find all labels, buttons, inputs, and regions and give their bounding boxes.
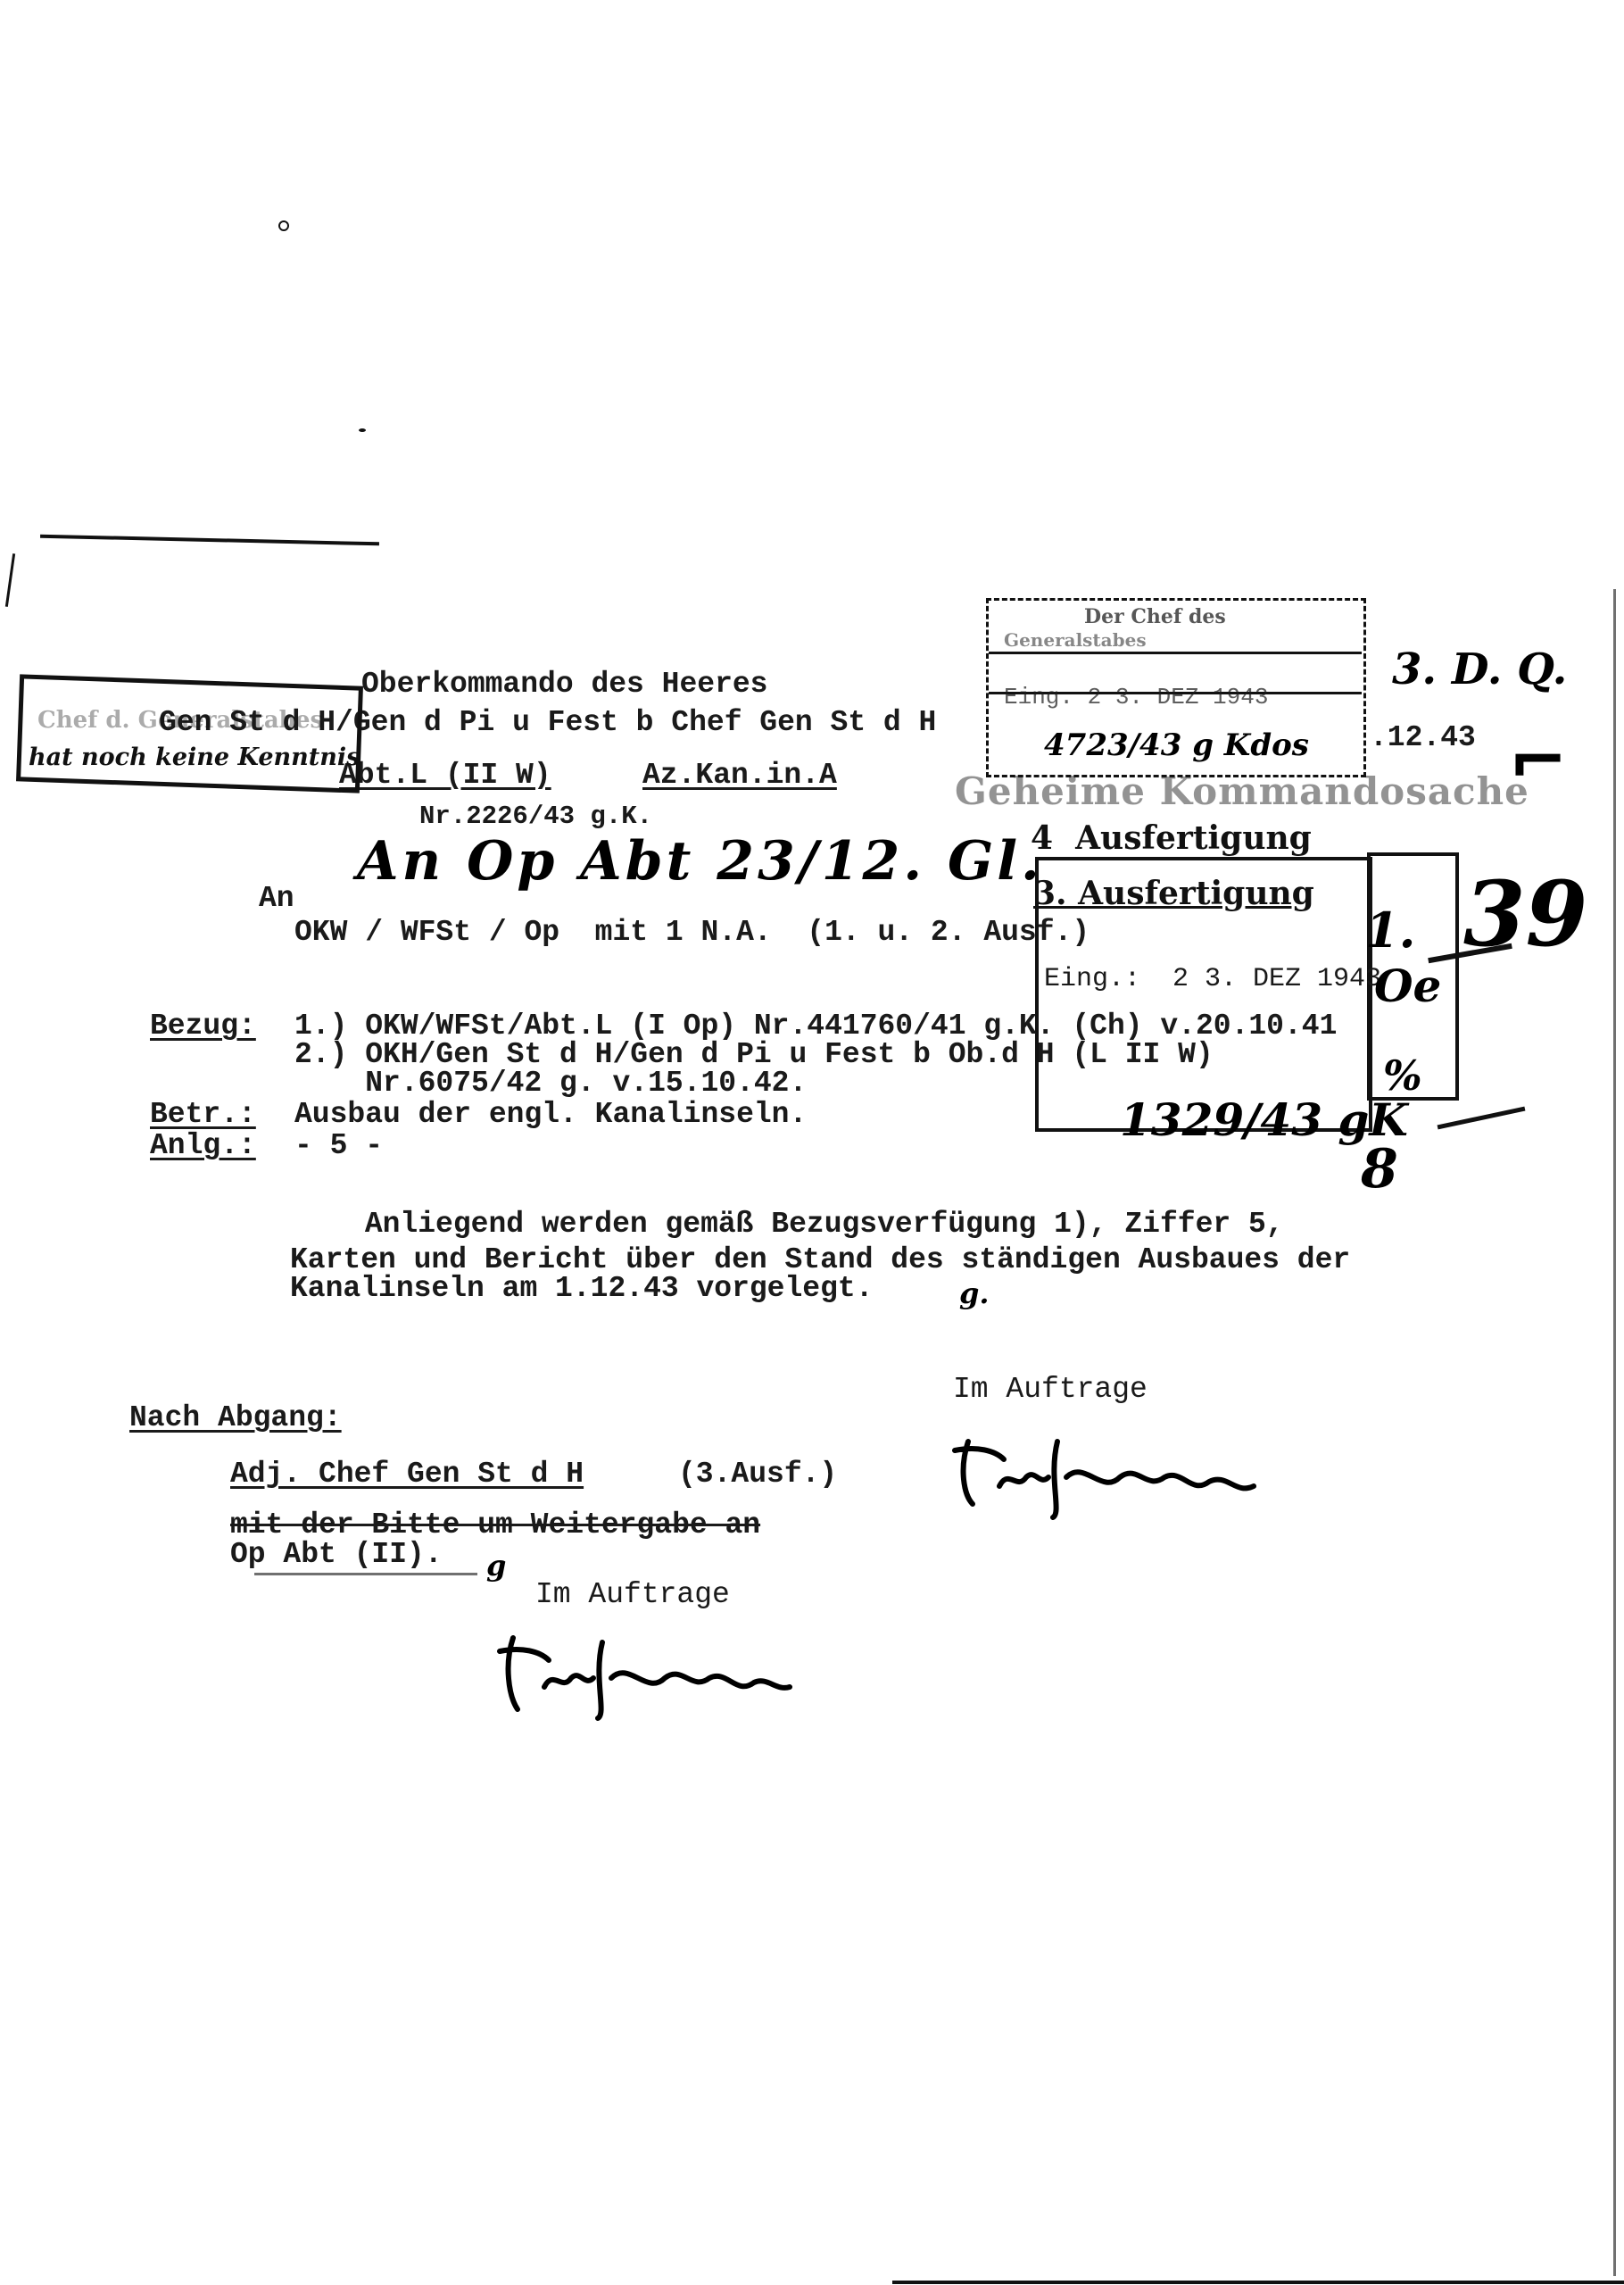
signature-left [495,1624,799,1723]
paper-edge-left [5,553,15,607]
distribution-op-abt: Op Abt (II). [230,1540,443,1569]
bezug-item-1: 1.) OKW/WFSt/Abt.L (I Op) Nr.441760/41 g… [294,1011,1337,1041]
stamp-received-line2: Generalstabes [1004,629,1147,651]
stamp-received-divider [989,652,1362,654]
stamp-ausfertigung-3: 3. Ausfertigung [1033,875,1314,912]
recipient-label: An [259,884,294,913]
header-date: .12.43 [1370,723,1476,752]
stamp-received-ref: 4723/43 g Kdos [1044,727,1309,763]
bezug-item-2: 2.) OKH/Gen St d H/Gen d Pi u Fest b Ob.… [294,1040,1214,1069]
betr-text: Ausbau der engl. Kanalinseln. [294,1100,807,1129]
recipient-line: OKW / WFSt / Op mit 1 N.A. (1. u. 2. Aus… [294,918,1090,947]
stamp-eing-date: Eing.: 2 3. DEZ 1943 [1044,966,1381,993]
distribution-wavy-strike [254,1573,477,1575]
stamp-received-line1: Der Chef des [1084,605,1226,628]
stamp-ausfertigung-4: 4 Ausfertigung [1031,819,1312,857]
header-number: Nr.2226/43 g.K. [419,803,652,829]
handwritten-side-mark-3: % [1383,1051,1422,1100]
handwritten-routing-note: An Op Abt 23/12. Gl. [357,830,1043,893]
side-stroke [1438,1107,1526,1130]
paper-edge-top [40,535,379,546]
speck [359,428,366,432]
paper-edge-bottom [892,2281,1624,2284]
stamp-geheime-kommandosache: Geheime Kommandosache [955,769,1529,813]
body-line-1: Anliegend werden gemäß Bezugsverfügung 1… [259,1209,1284,1239]
stamp-left-box [16,674,363,793]
betr-label: Betr.: [150,1100,256,1129]
im-auftrage-right: Im Auftrage [953,1375,1148,1404]
distribution-copy: (3.Ausf.) [678,1459,837,1489]
im-auftrage-left: Im Auftrage [535,1580,730,1609]
stamp-left-line1: Chef d. Generalstabes [37,707,323,734]
distribution-initial: g [486,1549,506,1583]
handwritten-side-mark-1: 1. [1365,902,1415,959]
handwritten-side-mark-4: 8 [1361,1138,1398,1201]
bezug-label: Bezug: [150,1011,256,1041]
stamp-left-line2: hat noch keine Kenntnis [29,744,360,771]
anlg-label: Anlg.: [150,1131,256,1160]
anlg-text: - 5 - [294,1131,383,1160]
bezug-item-3: Nr.6075/42 g. v.15.10.42. [294,1068,807,1098]
handwritten-check-mark: ⌐ [1508,719,1568,802]
distribution-struck-line: mit der Bitte um Weitergabe an [230,1510,760,1540]
paper-edge-right [1613,589,1616,2276]
body-initial: g. [959,1276,990,1310]
header-dept: Abt.L (II W) [339,760,551,790]
header-org: Oberkommando des Heeres [361,669,767,699]
handwritten-side-mark-2: Oe [1374,960,1441,1012]
body-line-2: Karten und Bericht über den Stand des st… [290,1245,1350,1275]
stamp-received-date: Eing. 2 3. DEZ 1943 [1004,685,1268,709]
signature-right [950,1424,1272,1522]
nach-abgang-label: Nach Abgang: [129,1403,342,1433]
body-line-3: Kanalinseln am 1.12.43 vorgelegt. [290,1274,874,1303]
distribution-recipient: Adj. Chef Gen St d H [230,1459,584,1489]
handwritten-initials-top-right: 3. D. Q. [1392,644,1567,694]
speck [278,220,289,231]
header-az: Az.Kan.in.A [642,760,837,790]
